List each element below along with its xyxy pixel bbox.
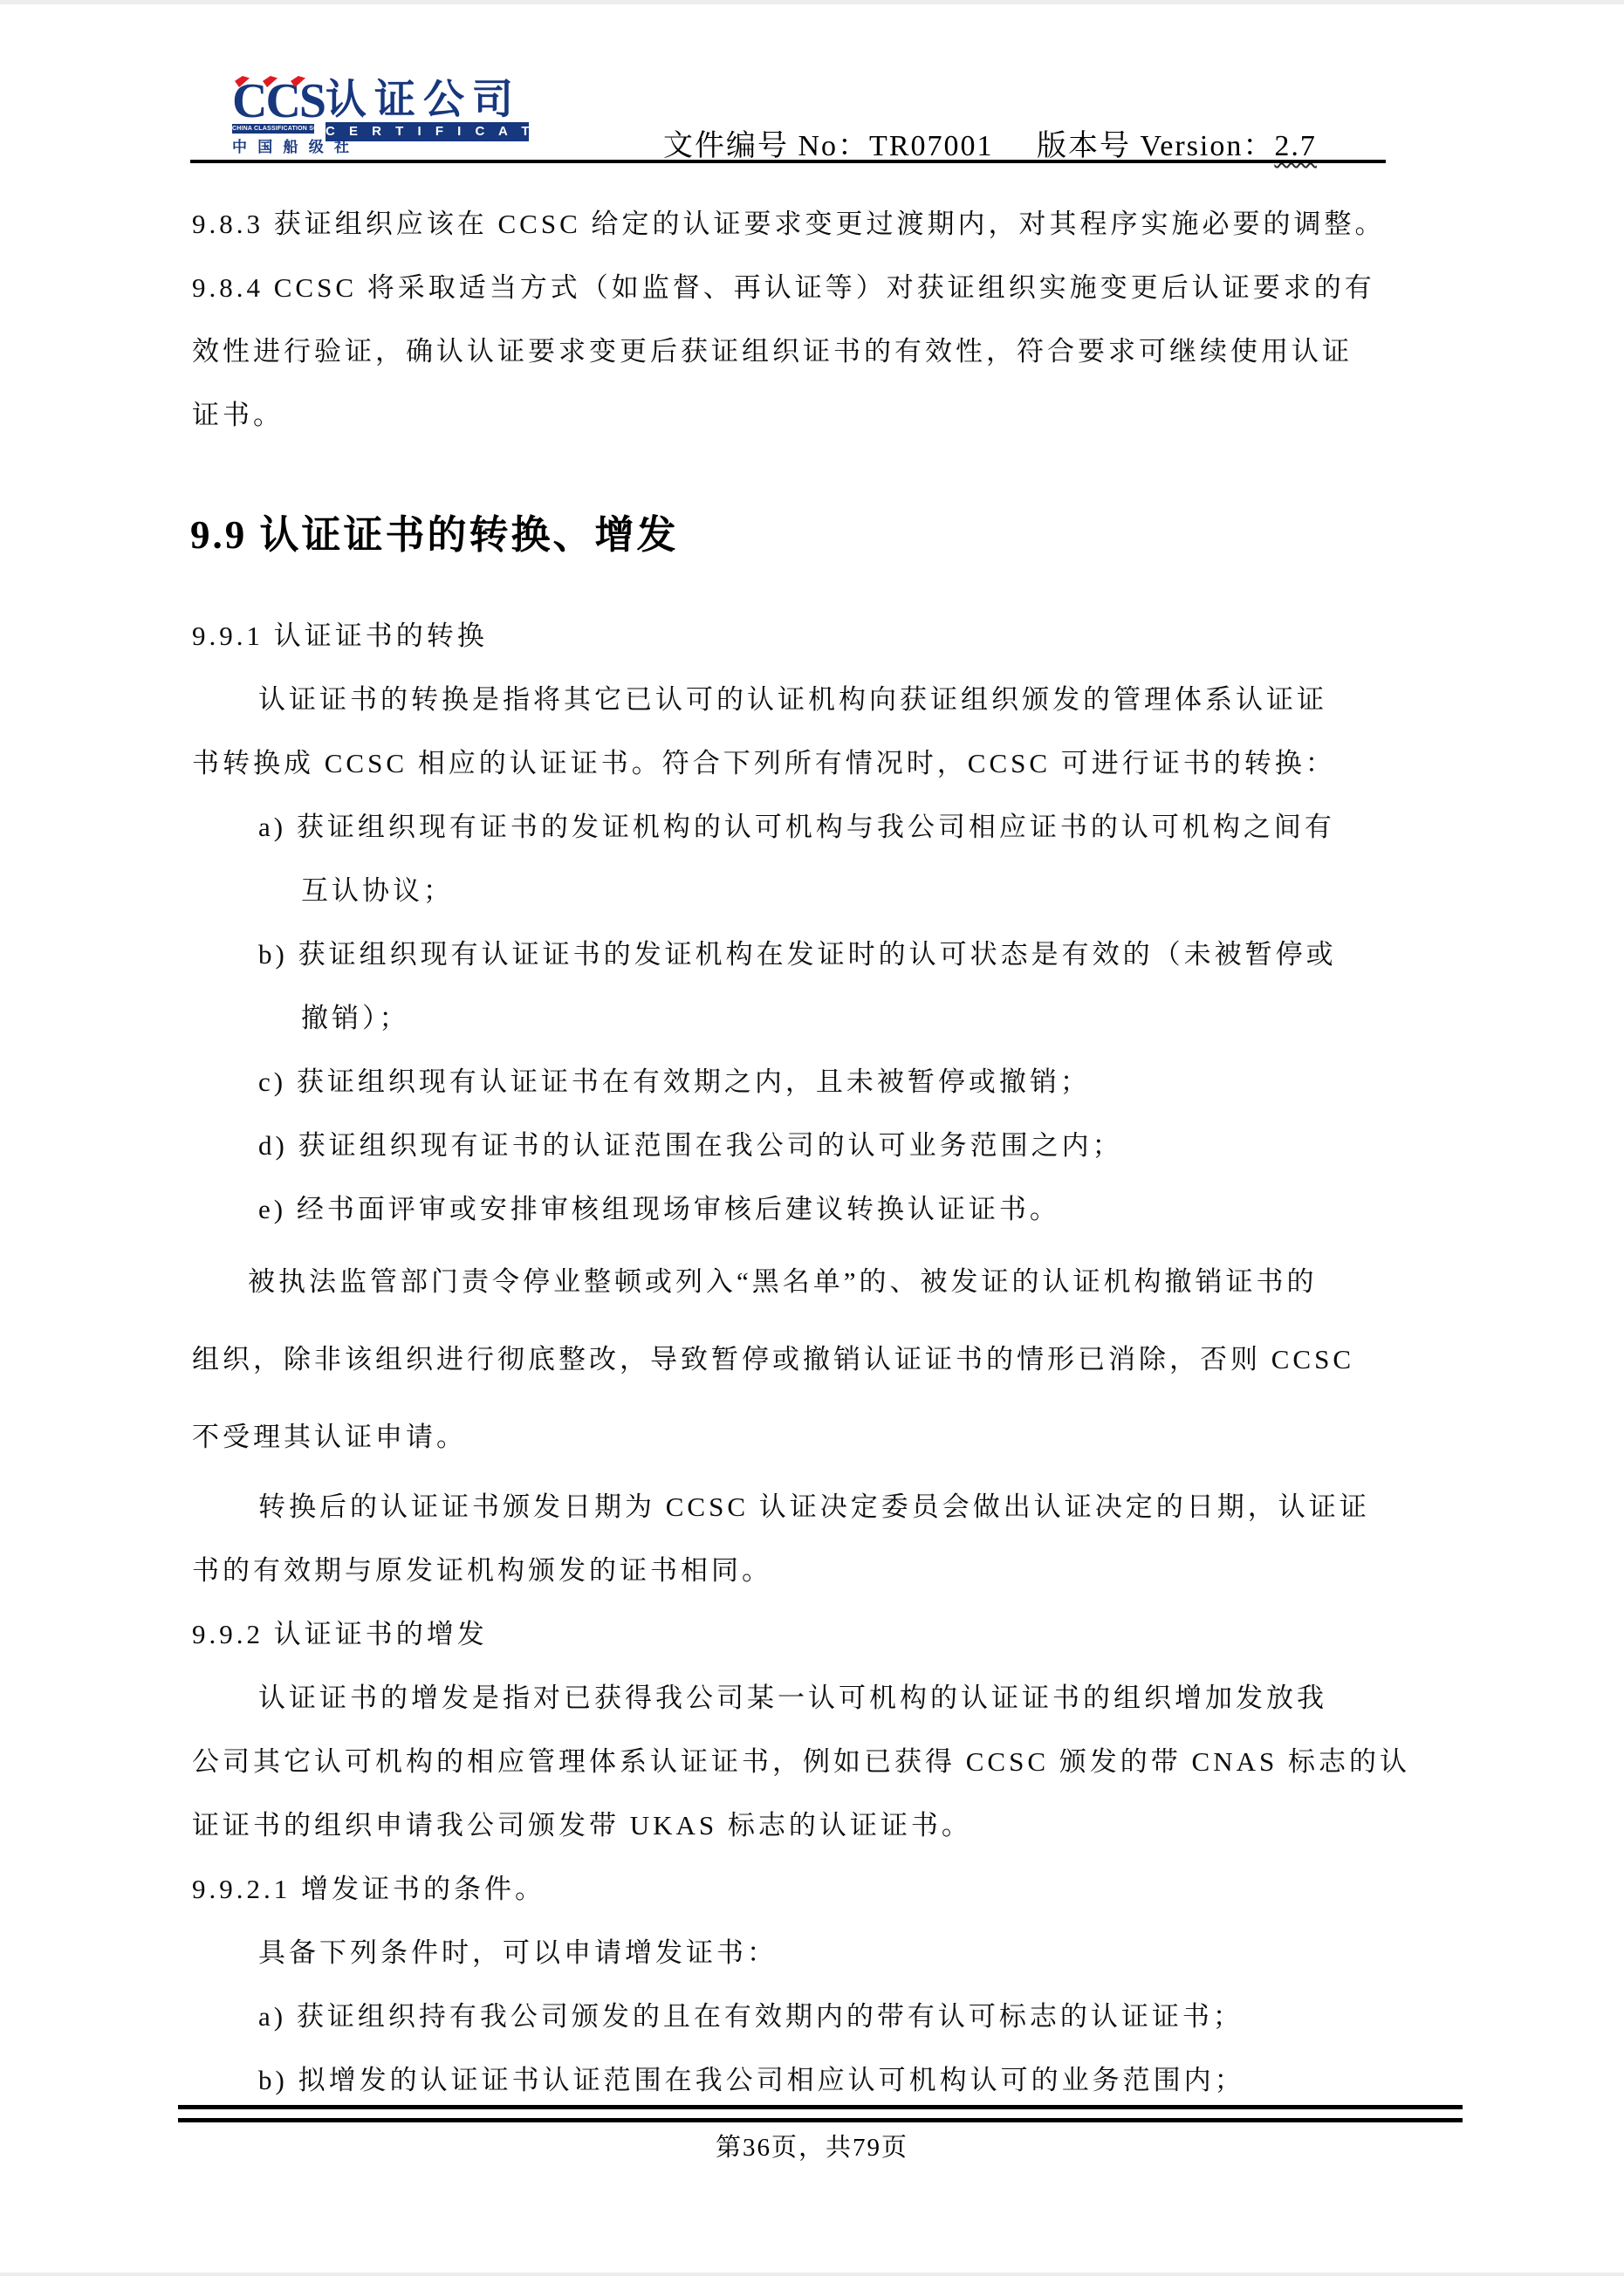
footer-rule-bottom: [178, 2118, 1463, 2122]
list-item-continuation: 互认协议；: [301, 876, 454, 906]
document-number: 文件编号 No：TR07001: [663, 121, 994, 164]
paragraph-line: 证书。: [192, 401, 284, 430]
list-item: b) 拟增发的认证证书认证范围在我公司相应认可机构认可的业务范围内；: [258, 2066, 1245, 2095]
list-item-continuation: 撤销）；: [301, 1004, 410, 1033]
paragraph-line: 被执法监管部门责令停业整顿或列入“黑名单”的、被发证的认证机构撤销证书的: [248, 1267, 1318, 1297]
list-item: a) 获证组织现有证书的发证机构的认可机构与我公司相应证书的认可机构之间有: [258, 812, 1335, 842]
ccs-chinese-name: 中 国 船 级 社: [232, 134, 316, 156]
certification-company-name: 认证公司: [325, 80, 529, 120]
paragraph-line: 不受理其认证申请。: [192, 1422, 467, 1452]
paragraph-line: 9.8.4 CCSC 将采取适当方式（如监督、再认证等）对获证组织实施变更后认证…: [192, 273, 1375, 303]
scan-edge-bottom: [0, 2273, 1624, 2276]
list-item: a) 获证组织持有我公司颁发的且在有效期内的带有认可标志的认证证书；: [258, 2002, 1244, 2032]
paragraph-line: 证证书的组织申请我公司颁发带 UKAS 标志的认证证书。: [192, 1811, 972, 1841]
scan-edge-top: [0, 0, 1624, 4]
paragraph-line: 转换后的认证证书颁发日期为 CCSC 认证决定委员会做出认证决定的日期，认证证: [258, 1492, 1370, 1522]
paragraph-line: 具备下列条件时，可以申请增发证书：: [258, 1938, 778, 1968]
certification-brand-block: 认证公司 C E R T I F I C A T I O N: [325, 80, 529, 141]
paragraph-line: 书的有效期与原发证机构颁发的证书相同。: [192, 1556, 772, 1586]
paragraph-line: 效性进行验证，确认认证要求变更后获证组织证书的有效性，符合要求可继续使用认证: [192, 337, 1353, 367]
header-rule: [190, 160, 1386, 163]
list-item: b) 获证组织现有认证证书的发证机构在发证时的认可状态是有效的（未被暂停或: [258, 940, 1337, 970]
section-heading: 9.9 认证证书的转换、增发: [190, 503, 679, 559]
subsection-heading: 9.9.2.1 增发证书的条件。: [192, 1875, 545, 1904]
ccs-wordmark: CCS: [232, 80, 316, 122]
subsection-heading: 9.9.2 认证证书的增发: [192, 1620, 488, 1649]
footer-rule-top: [178, 2105, 1463, 2109]
paragraph-line: 组织，除非该组织进行彻底整改，导致暂停或撤销认证证书的情形已消除，否则 CCSC: [192, 1345, 1354, 1375]
list-item: e) 经书面评审或安排审核组现场审核后建议转换认证证书。: [258, 1195, 1060, 1224]
version-value: 2.7: [1274, 130, 1317, 162]
version-label: 版本号 Version：: [1037, 130, 1274, 162]
paragraph-line: 认证证书的增发是指对已获得我公司某一认可机构的认证证书的组织增加发放我: [258, 1683, 1327, 1713]
document-page: CCS CHINA CLASSIFICATION SOCIETY 中 国 船 级…: [0, 0, 1624, 2276]
paragraph-line: 书转换成 CCSC 相应的认证证书。符合下列所有情况时，CCSC 可进行证书的转…: [192, 749, 1336, 778]
paragraph-line: 公司其它认可机构的相应管理体系认证证书，例如已获得 CCSC 颁发的带 CNAS…: [192, 1747, 1410, 1777]
subsection-heading: 9.9.1 认证证书的转换: [192, 621, 488, 651]
paragraph-line: 9.8.3 获证组织应该在 CCSC 给定的认证要求变更过渡期内，对其程序实施必…: [192, 209, 1386, 239]
page-number: 第36页，共79页: [0, 2128, 1624, 2163]
list-item: c) 获证组织现有认证证书在有效期之内，且未被暂停或撤销；: [258, 1067, 1091, 1097]
ccs-logo: CCS CHINA CLASSIFICATION SOCIETY 中 国 船 级…: [232, 80, 533, 150]
version-field: 版本号 Version：2.7: [1037, 121, 1317, 164]
certification-banner: C E R T I F I C A T I O N: [325, 122, 529, 141]
list-item: d) 获证组织现有证书的认证范围在我公司的认可业务范围之内；: [258, 1131, 1123, 1161]
ccs-wordmark-block: CCS CHINA CLASSIFICATION SOCIETY 中 国 船 级…: [232, 80, 316, 156]
paragraph-line: 认证证书的转换是指将其它已认可的认证机构向获证组织颁发的管理体系认证证: [258, 685, 1327, 715]
